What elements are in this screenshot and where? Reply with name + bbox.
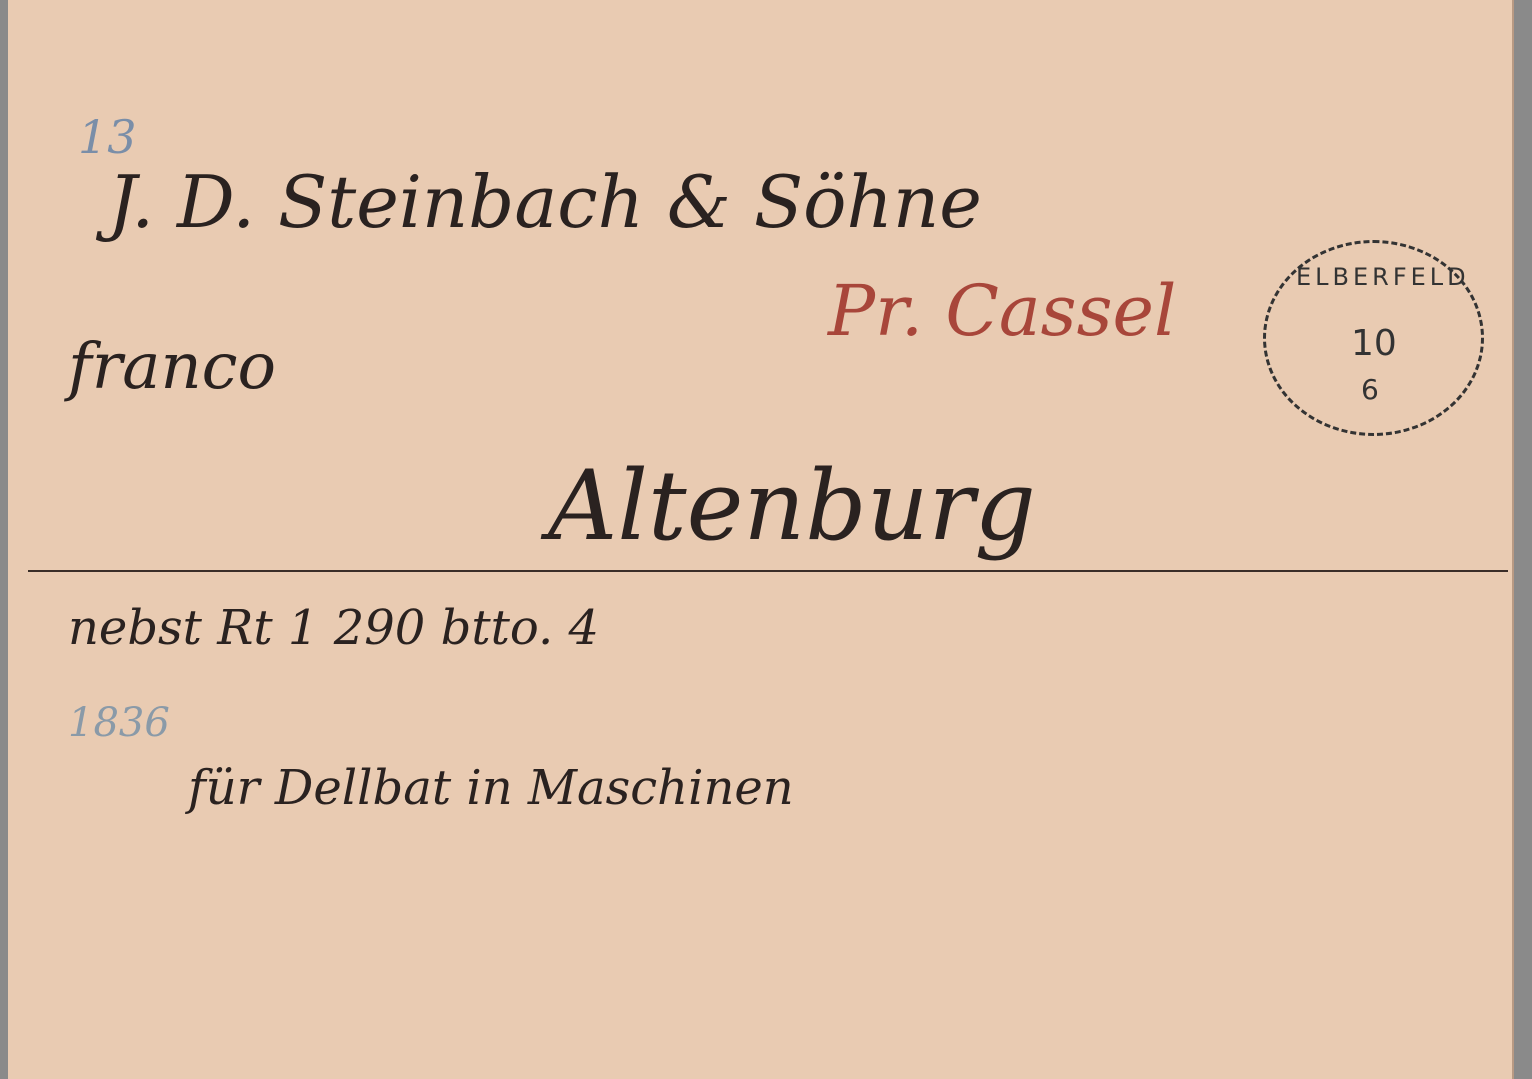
divider-line (28, 570, 1508, 572)
pencil-year: 1836 (68, 700, 170, 746)
note-line: nebst Rt 1 290 btto. 4 (68, 600, 599, 656)
pencil-number: 13 (78, 110, 137, 164)
address-city: Altenburg (548, 450, 1036, 562)
bottom-line: für Dellbat in Maschinen (188, 760, 794, 816)
address-line1: J. D. Steinbach & Söhne (108, 160, 982, 244)
address-franco: franco (68, 330, 276, 404)
letter-cover: J. D. Steinbach & Söhne franco Pr. Casse… (8, 0, 1514, 1079)
via-cassel: Pr. Cassel (828, 270, 1176, 352)
postmark: ELBERFELD 10 6 (1263, 240, 1484, 436)
